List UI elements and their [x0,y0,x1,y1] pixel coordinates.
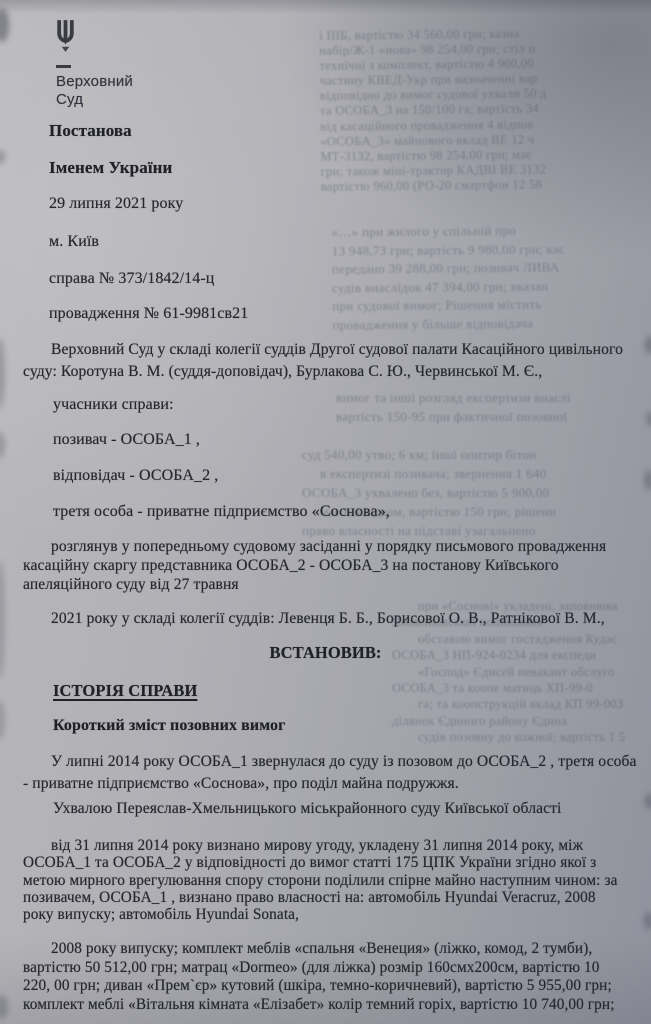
scan-artifact [644,470,651,490]
scan-artifact [0,338,5,408]
document-title: Постанова [49,121,132,141]
proceeding-number: провадження № 61-9981св21 [49,305,248,323]
bleed-through-text-line: вимог та інші розгляд експертизи внаслі [336,388,651,407]
decision-date: 29 липня 2021 року [49,195,183,213]
section-heading-history: ІСТОРІЯ СПРАВИ [53,681,197,701]
tryzub-trident-icon [56,20,75,52]
scan-artifact [646,412,651,426]
scan-artifact [0,8,9,42]
bleed-through-text-line: в експертизі позивача; звернення 1 640 [302,464,651,483]
panel-paragraph: Верховний Суд у складі колегії суддів Др… [23,339,641,383]
scan-artifact [644,912,651,930]
scan-artifact [645,336,651,354]
claim-paragraph: У липні 2014 року ОСОБА_1 звернулася до … [23,751,641,795]
bleed-through-text-line: вартістю 960,00 (РО-20 смартфон 12 58 [321,176,651,195]
bleed-through-text-line: провадження у більше відповідача [332,314,651,335]
decision-city: м. Київ [49,233,99,251]
subsection-heading-claims: Короткий зміст позовних вимог [53,717,285,735]
participants-label: учасники справи: [53,396,174,414]
court-name-line2: Суд [56,91,133,109]
third-party-line: третя особа - приватне підприємство «Сос… [53,503,390,521]
scan-artifact [0,995,8,1019]
scan-artifact [645,793,651,809]
bleed-through-text-line: ОСОБА_3 ухвалено без, вартістю 5 900,00 [302,483,651,502]
scan-artifact [0,150,5,164]
bleed-through-text-line: ОСОБА_3 та коопе матиць ХП-99-0 [392,680,651,696]
scan-artifact [0,432,5,458]
bleed-through-text-line: «Господ» Єдисей невакант обслуго [392,664,651,680]
defendant-line: відповідач - ОСОБА_2 , [53,467,218,485]
court-header: Верховний Суд [56,20,133,109]
scan-artifact [0,700,5,740]
logo-divider [56,65,71,68]
document-page: і ПІБ, вартістю 34 560,00 грн; казнанабі… [0,0,651,1024]
bleed-through-text-line: га; та коопструкцій вклад КП 99-003 [392,696,651,712]
panel-2021-line: 2021 року у складі колегії суддів: Левен… [23,610,641,628]
case-number: справа № 373/1842/14-ц [49,270,214,288]
resolved-heading: ВСТАНОВИВ: [23,643,628,663]
bleed-through-text-line: ділянок Єдиного району Єдина [392,713,651,729]
bleed-through-block-center-right: суд 540,00 утво; 6 км; інші опитир бітон… [302,445,651,540]
bleed-through-text-line: суд 540,00 утво; 6 км; інші опитир бітон [302,445,651,464]
bleed-through-text-line: вартість 150-95 при фактичної позовної [336,407,651,426]
bleed-through-block-top-right: і ПІБ, вартістю 34 560,00 грн; казнанабі… [319,25,651,194]
property-paragraph: 2008 року випуску; комплект меблів «спал… [23,940,641,1014]
plaintiff-line: позивач - ОСОБА_1 , [53,431,200,449]
court-name-line1: Верховний [56,73,133,91]
settlement-paragraph: від 31 липня 2014 року визнано мирову уг… [23,837,641,923]
scan-artifact [0,560,5,680]
document-subtitle: Іменем України [49,158,172,178]
ruling-court-line: Ухвалою Переяслав-Хмельницького міськрай… [53,800,561,818]
bleed-through-block-mid-right: вимог та інші розгляд експертизи внаслів… [336,388,651,426]
hearing-paragraph: розглянув у попередньому судовому засіда… [23,537,641,594]
bleed-through-block-upper-right: «…» при жилого у спільній про13 948,73 г… [332,221,651,335]
bleed-through-text-line: судів позовну до кожної; вартість 1 5 [392,729,651,745]
